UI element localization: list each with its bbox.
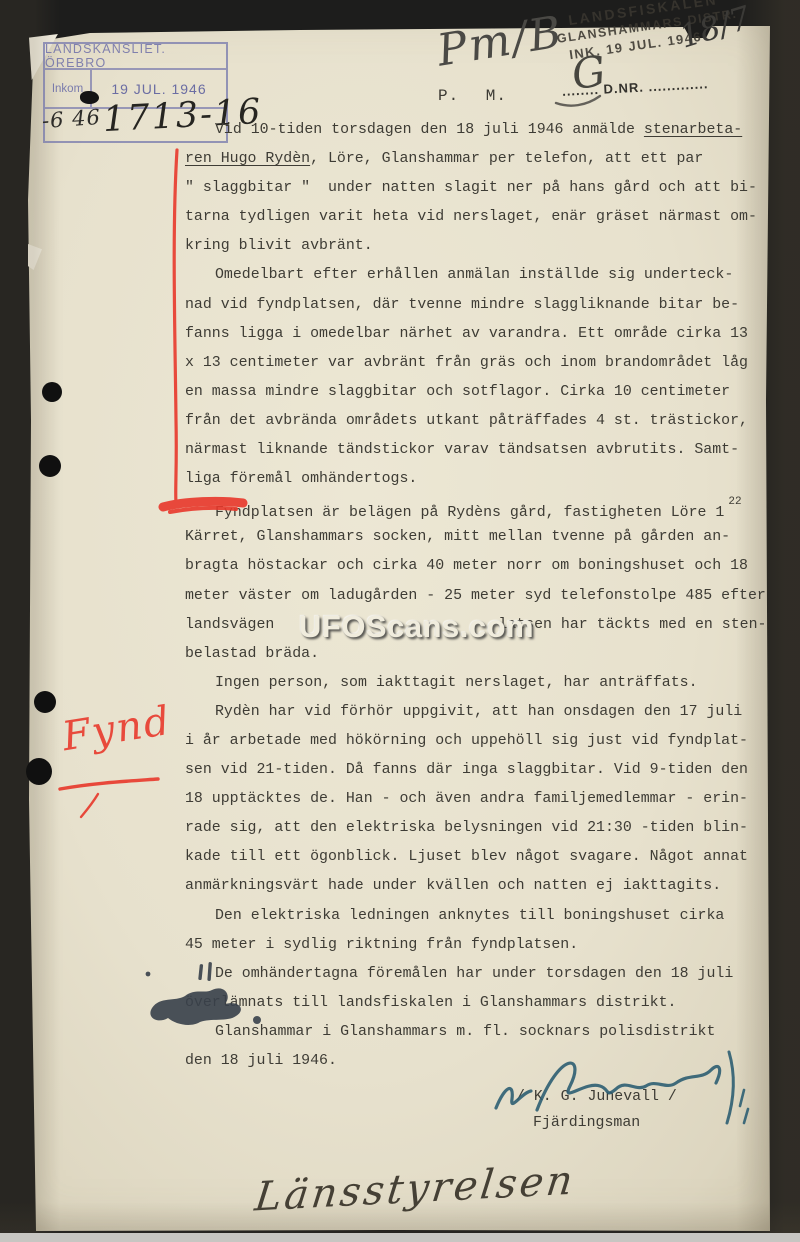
watermark: UFOScans.com: [299, 609, 534, 645]
body-line: i år arbetade med hökörning och uppehöll…: [185, 727, 785, 756]
body-line: rade sig, att den elektriska belysningen…: [185, 814, 785, 843]
scanned-document-page: LANDSKANSLIET. ÖREBRO Inkom 19 JUL. 1946…: [0, 0, 800, 1242]
handwritten-diary-code: -6 46: [41, 105, 101, 133]
signature-typed-name: / K. G. Junevall /: [516, 1089, 677, 1105]
body-line: nad vid fyndplatsen, där tvenne mindre s…: [185, 291, 785, 320]
underlined-text: stenarbeta-: [644, 122, 742, 138]
body-text-run: Vid 10-tiden torsdagen den 18 juli 1946 …: [215, 122, 644, 138]
body-text-run: , Löre, Glanshammar per telefon, att ett…: [310, 151, 703, 167]
body-line: från det avbrända områdets utkant påträf…: [185, 407, 785, 436]
hole-punch-icon: [42, 382, 62, 402]
body-line: " slaggbitar " under natten slagit ner p…: [185, 174, 785, 203]
body-line: 18 upptäcktes de. Han - och även andra f…: [185, 785, 785, 814]
hole-punch-icon: [39, 455, 61, 477]
body-line: överlämnats till landsfiskalen i Glansha…: [185, 989, 785, 1018]
property-superscript: 22: [728, 496, 741, 508]
typed-body-text: Vid 10-tiden torsdagen den 18 juli 1946 …: [185, 116, 785, 1076]
body-line: x 13 centimeter var avbränt från gräs oc…: [185, 349, 785, 378]
body-line: kring blivit avbränt.: [185, 232, 785, 261]
body-line: Omedelbart efter erhållen anmälan instäl…: [185, 261, 785, 290]
body-line: kade till ett ögonblick. Ljuset blev någ…: [185, 843, 785, 872]
signature-typed-title: Fjärdingsman: [533, 1115, 640, 1131]
pencil-initial-flourish: G: [569, 46, 609, 99]
ink-smudge: [80, 91, 99, 104]
body-line: sen vid 21-tiden. Då fanns där inga slag…: [185, 756, 785, 785]
body-line: meter väster om ladugården - 25 meter sy…: [185, 582, 785, 611]
body-line: anmärkningsvärt hade under kvällen och n…: [185, 872, 785, 901]
body-line: Vid 10-tiden torsdagen den 18 juli 1946 …: [185, 116, 785, 145]
body-line: Kärret, Glanshammars socken, mitt mellan…: [185, 523, 785, 552]
body-line: tarna tydligen varit heta vid nerslaget,…: [185, 203, 785, 232]
body-line: 45 meter i sydlig riktning från fyndplat…: [185, 931, 785, 960]
body-text-run: Fyndplatsen är belägen på Rydèns gård, f…: [215, 505, 724, 521]
underlined-text: ren Hugo Rydèn: [185, 151, 310, 167]
body-line: Ingen person, som iakttagit nerslaget, h…: [185, 669, 785, 698]
body-line: Glanshammar i Glanshammars m. fl. sockna…: [185, 1018, 785, 1047]
stamp-title: LANDSKANSLIET. ÖREBRO: [45, 44, 226, 70]
body-line: De omhändertagna föremålen har under tor…: [185, 960, 785, 989]
body-text-run: latsen har täckts med en sten-: [498, 617, 766, 633]
body-line: närmast liknande tändstickor varav tänds…: [185, 436, 785, 465]
body-line: den 18 juli 1946.: [185, 1047, 785, 1076]
body-line: fanns ligga i omedelbar närhet av varand…: [185, 320, 785, 349]
hole-punch-icon: [26, 758, 52, 785]
body-line: en massa mindre slaggbitar och sotflagor…: [185, 378, 785, 407]
body-line: bragta höstackar och cirka 40 meter norr…: [185, 552, 785, 581]
body-line: Fyndplatsen är belägen på Rydèns gård, f…: [185, 494, 785, 523]
body-line: ren Hugo Rydèn, Löre, Glanshammar per te…: [185, 145, 785, 174]
page-title: P. M.: [438, 87, 507, 105]
scanner-bed-strip: [0, 1233, 800, 1242]
body-line: Rydèn har vid förhör uppgivit, att han o…: [185, 698, 785, 727]
body-line: liga föremål omhändertogs.: [185, 465, 785, 494]
hole-punch-icon: [34, 691, 56, 713]
body-text-run: landsvägen: [185, 617, 274, 633]
body-line: Den elektriska ledningen anknytes till b…: [185, 902, 785, 931]
